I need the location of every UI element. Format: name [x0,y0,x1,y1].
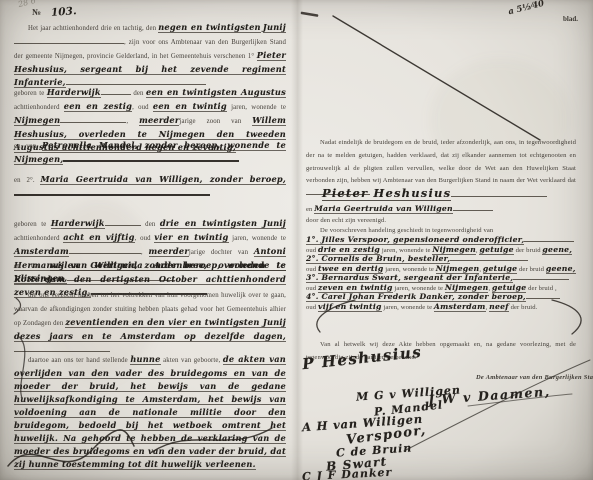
printed-text: Het jaar achttienhonderd drie en tachtig… [28,25,158,32]
paragraph-opening: Het jaar achttienhonderd drie en tachtig… [14,20,286,88]
handwritten-text: Harderwijk [51,218,105,229]
paragraph-documents: daartoe aan ons ter hand stellende hunne… [14,352,286,470]
printed-text: akten van geboorte, [161,357,223,364]
handwritten-text: meerder [149,246,189,257]
handwritten-text: Pieter Heshusius [322,186,451,201]
handwritten-text: drie en twintigsten Junij [160,218,286,229]
rule-line [451,189,547,197]
rule-line [105,218,141,226]
printed-text: en [306,206,314,213]
printed-text: en 2°. [14,177,40,184]
left-page: 28 6 № 103. Het jaar achttienhonderd dri… [12,0,290,480]
printed-text: , oud [132,104,153,111]
handwritten-text: acht en vijftig [63,232,134,243]
rule-line [14,36,124,44]
handwritten-text: Amsterdam [14,246,69,257]
printed-text: , oud [135,235,155,242]
handwritten-text: een en twintigsten Augustus [146,87,286,98]
handwritten-text: meerder [139,115,179,126]
rule-line [69,246,141,254]
handwritten-text: neef [489,302,509,312]
handwritten-text: vijf en twintig [318,302,382,312]
rule-line [453,203,493,211]
handwritten-text: de akten van overlijden van den vader de… [14,354,286,470]
handwritten-text: een en twintig [153,101,227,112]
printed-text: , [141,249,149,256]
groom-name-line: Pieter Heshusius [322,186,582,200]
rule-line [14,344,110,352]
printed-text: der bruid. [509,304,538,311]
handwritten-text: Amsterdam [434,302,486,312]
printed-text: geboren te [14,90,47,97]
handwritten-text: vier en twintig [154,232,228,243]
handwritten-text: Junij [263,22,286,33]
rule-line [450,253,528,261]
handwritten-text: negen en twintigsten [158,22,261,33]
paragraph-groom-mother: en van Petronella Mandel, zonder beroep,… [14,138,286,165]
printed-text: Nadat eindelijk de bruidegom en de bruid… [306,139,576,184]
printed-text: jaren, wonende te [229,235,287,242]
printed-text: jaren, wonende te [382,304,434,311]
signature-witness-4: C J F Danker [302,466,393,480]
handwritten-text: hunne [130,354,160,365]
paragraph-banns: die ons verzocht hebben tot het voltrekk… [14,287,286,353]
printed-text: en van [14,143,42,150]
printed-text: den [131,90,146,97]
document-scan: 28 6 № 103. Het jaar achttienhonderd dri… [0,0,593,480]
rule-line [526,291,560,299]
rule-line [101,87,131,95]
printed-text: oud [306,304,318,311]
corner-sheet-label: blad. [563,15,578,23]
right-page: a 5½⁄40 blad. Nadat eindelijk de bruideg… [300,0,588,480]
handwritten-text: Harderwijk [47,87,101,98]
registrar-title-label: De Ambtenaar van den Burgerlijken Stand, [476,374,593,381]
printed-text: jarige zoon van [179,118,252,125]
printed-text: den [141,221,160,228]
rule-line [14,187,210,196]
corner-handwritten-note: a 5½⁄40 [507,0,545,17]
act-number-value: 103. [51,6,77,19]
printed-text: achttienhonderd [14,104,64,111]
printed-text: en van [14,263,50,270]
printed-text: jarige dochter van [189,249,254,256]
act-number: № 103. [32,5,77,18]
printed-text: achttienhonderd [14,235,63,242]
paragraph-bride-intro: en 2°. Maria Geertruida van Willigen, zo… [14,172,286,197]
rule-line [513,272,569,280]
handwritten-text: een en zestig [64,101,132,112]
handwritten-text: Maria Geertruida van Willigen, zonder be… [40,174,286,185]
rule-line [524,234,574,242]
printed-text: daartoe aan ons ter hand stellende [28,357,130,364]
handwritten-text: Nijmegen [14,115,60,126]
witness-4-detail-line: oud vijf en twintig jaren, wonende te Am… [306,300,578,313]
act-number-symbol: № [32,7,41,17]
rule-line [63,153,239,162]
rule-line [60,115,126,123]
printed-text: , [126,118,139,125]
printed-text: geboren te [14,221,51,228]
printed-text: jaren, wonende te [227,104,286,111]
rule-line [66,77,206,85]
